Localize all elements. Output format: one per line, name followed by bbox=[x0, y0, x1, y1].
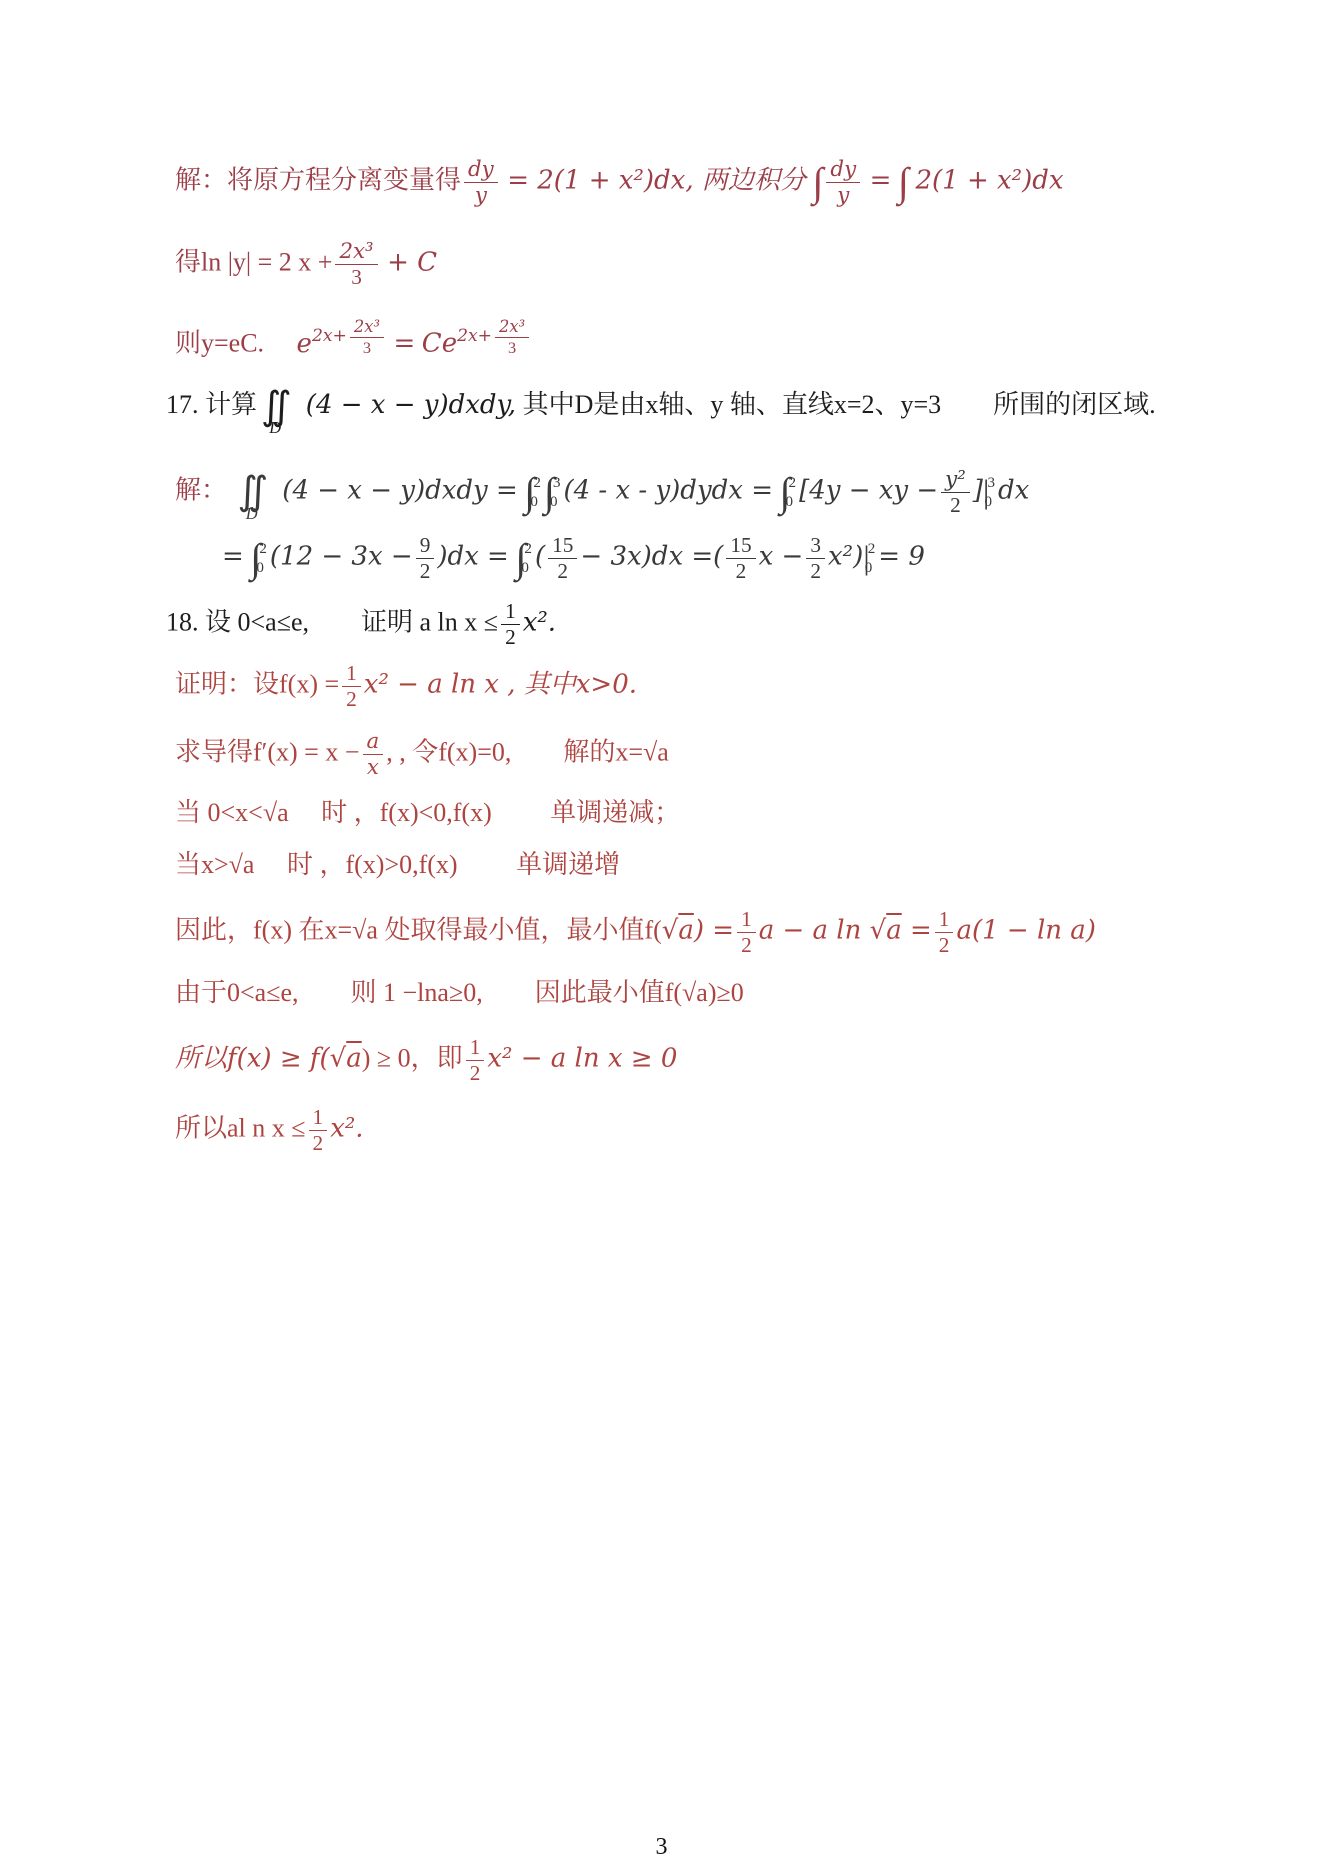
math-run: + C bbox=[387, 247, 437, 277]
fraction-denominator: 3 bbox=[335, 265, 377, 289]
proof-line8: 所以al n x ≤12x². bbox=[175, 1106, 364, 1155]
solution16-line1: 解：将原方程分离变量得dyy = 2(1 + x²)dx, 两边积分 ∫dyy … bbox=[175, 158, 1064, 207]
fraction-denominator: 2 bbox=[466, 1061, 485, 1085]
proof-line3: 当 0<x<√a 时 ，f(x)<0,f(x) 单调递减； bbox=[175, 796, 680, 830]
question17-stem: 17. 计算∬D(4 − x − y)dxdy, 其中D是由x轴、y 轴、直线x… bbox=[166, 388, 1156, 424]
fraction: 2x³3 bbox=[495, 318, 529, 356]
exponent: 2x+2x³3 bbox=[457, 318, 532, 356]
fraction: y²2 bbox=[941, 468, 970, 517]
integral-limits: 20 bbox=[533, 474, 541, 512]
fraction-denominator: 2 bbox=[416, 559, 435, 583]
fraction-numerator: dy bbox=[464, 158, 498, 183]
fraction: 12 bbox=[737, 908, 756, 957]
fraction-numerator: 3 bbox=[806, 534, 825, 559]
fraction-numerator: y² bbox=[941, 468, 970, 493]
fraction-numerator: 15 bbox=[726, 534, 755, 559]
integral-limits: 20 bbox=[259, 540, 267, 578]
fraction: 2x³3 bbox=[350, 318, 384, 356]
fraction-numerator: 1 bbox=[309, 1106, 328, 1131]
text-run: 则y=eC. bbox=[175, 329, 264, 358]
fraction-numerator: 1 bbox=[466, 1036, 485, 1061]
proof-line7: 所以f(x) ≥ f(√a) ≥ 0，即12x² − a ln x ≥ 0 bbox=[175, 1036, 677, 1085]
text-run: 所以al n x ≤ bbox=[175, 1113, 306, 1142]
integral-domain-label: D bbox=[246, 507, 258, 522]
sqrt-radicand: a bbox=[886, 915, 902, 945]
text-run: 解：将原方程分离变量得 bbox=[175, 165, 461, 194]
solution16-line3: 则y=eC. e2x+2x³3 = Ce2x+2x³3 bbox=[175, 318, 532, 361]
fraction: 12 bbox=[501, 600, 520, 649]
fraction: 152 bbox=[548, 534, 577, 583]
fraction-numerator: 1 bbox=[935, 908, 954, 933]
fraction-numerator: 2x³ bbox=[495, 318, 529, 338]
text-run: 因此，f(x) 在x=√a 处取得最小值，最小值f( bbox=[175, 915, 662, 944]
fraction-numerator: dy bbox=[826, 158, 860, 183]
text-run: 当x>√a 时 ，f(x)>0,f(x) 单调递增 bbox=[175, 850, 620, 879]
text-run: , , 令f(x)=0, 解的x=√a bbox=[386, 737, 669, 766]
math-run: 2x+ bbox=[457, 326, 492, 346]
fraction-numerator: 9 bbox=[416, 534, 435, 559]
math-run: = bbox=[902, 915, 932, 945]
math-run: [4y − xy − bbox=[799, 475, 938, 505]
fraction-denominator: 2 bbox=[342, 687, 361, 711]
lower-limit: 0 bbox=[550, 493, 561, 512]
fraction: 12 bbox=[342, 662, 361, 711]
fraction-denominator: 2 bbox=[806, 559, 825, 583]
proof-line6: 由于0<a≤e, 则 1 −lna≥0, 因此最小值f(√a)≥0 bbox=[175, 976, 744, 1010]
proof-line1: 证明：设f(x) =12x² − a ln x , 其中x>0. bbox=[175, 662, 637, 711]
math-run: dx bbox=[998, 475, 1029, 505]
fraction-denominator: 2 bbox=[548, 559, 577, 583]
math-run: e bbox=[297, 329, 312, 359]
upper-limit: 3 bbox=[553, 474, 561, 493]
fraction-denominator: 2 bbox=[309, 1131, 328, 1155]
math-run: = 2(1 + x²)dx, 两边积分 bbox=[507, 165, 806, 195]
math-run: x² − a ln x , 其中x>0. bbox=[364, 669, 637, 699]
math-run: − 3x)dx =( bbox=[580, 541, 723, 571]
math-run: Ce bbox=[422, 329, 457, 359]
sqrt-sign: √ bbox=[870, 915, 887, 945]
text-run: 证明：设f(x) = bbox=[175, 669, 339, 698]
math-run: 2x+ bbox=[312, 326, 347, 346]
fraction-numerator: 1 bbox=[501, 600, 520, 625]
fraction: 2x³3 bbox=[335, 240, 377, 289]
upper-limit: 2 bbox=[259, 540, 267, 559]
math-run: ] bbox=[973, 475, 983, 505]
proof-line2: 求导得f′(x) = x −ax, , 令f(x)=0, 解的x=√a bbox=[175, 730, 669, 779]
math-run: = bbox=[394, 329, 416, 359]
fraction: 12 bbox=[935, 908, 954, 957]
integral-domain-label: D bbox=[269, 421, 281, 436]
document-page: 解：将原方程分离变量得dyy = 2(1 + x²)dx, 两边积分 ∫dyy … bbox=[0, 0, 1323, 1871]
integral-sign: ∫ bbox=[898, 160, 909, 205]
lower-limit: 0 bbox=[984, 493, 995, 512]
solution16-line2: 得ln |y| = 2 x +2x³3 + C bbox=[175, 240, 437, 289]
fraction-denominator: x bbox=[363, 755, 384, 779]
text-run: ) ≥ 0，即 bbox=[362, 1043, 463, 1072]
fraction: 92 bbox=[416, 534, 435, 583]
lower-limit: 0 bbox=[521, 559, 532, 578]
fraction-denominator: 3 bbox=[495, 338, 529, 357]
upper-limit: 2 bbox=[533, 474, 541, 493]
lower-limit: 0 bbox=[865, 559, 876, 578]
sqrt-sign: √ bbox=[662, 915, 679, 945]
fraction-denominator: 3 bbox=[350, 338, 384, 357]
exponent: 2x+2x³3 bbox=[312, 318, 387, 356]
fraction-denominator: 2 bbox=[501, 625, 520, 649]
integral-limits: 20 bbox=[789, 474, 797, 512]
fraction: 12 bbox=[466, 1036, 485, 1085]
fraction-numerator: 1 bbox=[342, 662, 361, 687]
math-run: a(1 − ln a) bbox=[956, 915, 1095, 945]
text-run: 17. 计算 bbox=[166, 390, 257, 419]
text-run: 当 0<x<√a 时 ，f(x)<0,f(x) 单调递减； bbox=[175, 798, 680, 827]
fraction-denominator: y bbox=[464, 183, 498, 207]
fraction-numerator: a bbox=[363, 730, 384, 755]
fraction: 12 bbox=[309, 1106, 328, 1155]
evaluation-limits: 20 bbox=[868, 540, 876, 578]
math-run: x² − a ln x ≥ 0 bbox=[487, 1043, 677, 1073]
text-run: 其中D是由x轴、y 轴、直线x=2、y=3 所围的闭区域. bbox=[523, 390, 1156, 419]
upper-limit: 3 bbox=[987, 474, 995, 493]
fraction-numerator: 2x³ bbox=[335, 240, 377, 265]
fraction-denominator: 2 bbox=[726, 559, 755, 583]
fraction: 152 bbox=[726, 534, 755, 583]
math-run: 2(1 + x²)dx bbox=[915, 165, 1063, 195]
fraction-denominator: 2 bbox=[941, 493, 970, 517]
solution17-line2: = ∫20(12 − 3x −92)dx = ∫20(152− 3x)dx =(… bbox=[222, 534, 925, 583]
proof-line5: 因此，f(x) 在x=√a 处取得最小值，最小值f(√a) =12a − a l… bbox=[175, 908, 1096, 957]
solution17-line1: 解： ∬D(4 − x − y)dxdy = ∫20∫30(4 - x - y)… bbox=[175, 468, 1029, 517]
upper-limit: 2 bbox=[868, 540, 876, 559]
fraction-denominator: 2 bbox=[935, 933, 954, 957]
math-run: x²) bbox=[828, 541, 863, 571]
text-run: 由于0<a≤e, 则 1 −lna≥0, 因此最小值f(√a)≥0 bbox=[175, 978, 744, 1007]
fraction: 32 bbox=[806, 534, 825, 583]
upper-limit: 2 bbox=[789, 474, 797, 493]
sqrt-radicand: a bbox=[346, 1043, 362, 1073]
lower-limit: 0 bbox=[786, 493, 797, 512]
solution-label: 解： bbox=[175, 475, 227, 504]
math-run: ) = bbox=[694, 915, 734, 945]
proof-line4: 当x>√a 时 ，f(x)>0,f(x) 单调递增 bbox=[175, 848, 620, 882]
upper-limit: 2 bbox=[524, 540, 532, 559]
text-run: 18. 设 0<a≤e, bbox=[166, 607, 309, 636]
math-run: x². bbox=[330, 1113, 363, 1143]
sqrt-radicand: a bbox=[678, 915, 694, 945]
math-run: ( bbox=[535, 541, 545, 571]
fraction: dyy bbox=[826, 158, 860, 207]
sqrt-sign: √ bbox=[330, 1043, 347, 1073]
math-run: x − bbox=[759, 541, 804, 571]
math-run: (4 - x - y)dydx = bbox=[563, 475, 773, 505]
math-run: x². bbox=[523, 607, 556, 637]
math-run: (4 − x − y)dxdy, bbox=[306, 390, 516, 420]
math-run: a − a ln bbox=[759, 915, 870, 945]
math-run: = bbox=[222, 541, 244, 571]
math-run: (4 − x − y)dxdy = bbox=[282, 475, 518, 505]
integral-sign: ∫ bbox=[812, 160, 823, 205]
double-integral-sign: ∬D bbox=[261, 389, 292, 424]
lower-limit: 0 bbox=[530, 493, 541, 512]
text-run: 得ln |y| = 2 x + bbox=[175, 247, 332, 276]
math-run: )dx = bbox=[437, 541, 509, 571]
fraction: dyy bbox=[464, 158, 498, 207]
fraction-numerator: 1 bbox=[737, 908, 756, 933]
question18-stem: 18. 设 0<a≤e, 证明 a ln x ≤12x². bbox=[166, 600, 556, 649]
double-integral-sign: ∬D bbox=[238, 474, 269, 509]
fraction: ax bbox=[363, 730, 384, 779]
math-run: (12 − 3x − bbox=[270, 541, 413, 571]
math-run: 所以f(x) ≥ f( bbox=[175, 1043, 330, 1073]
math-run: = 9 bbox=[878, 541, 925, 571]
fraction-denominator: 2 bbox=[737, 933, 756, 957]
integral-limits: 30 bbox=[553, 474, 561, 512]
text-run: 证明 a ln x ≤ bbox=[309, 607, 498, 636]
fraction-numerator: 2x³ bbox=[350, 318, 384, 338]
text-run: 求导得f′(x) = x − bbox=[175, 737, 360, 766]
integral-limits: 20 bbox=[524, 540, 532, 578]
evaluation-limits: 30 bbox=[987, 474, 995, 512]
page-number: 3 bbox=[0, 1834, 1323, 1861]
math-run: = bbox=[870, 165, 892, 195]
fraction-numerator: 15 bbox=[548, 534, 577, 559]
lower-limit: 0 bbox=[256, 559, 267, 578]
fraction-denominator: y bbox=[826, 183, 860, 207]
